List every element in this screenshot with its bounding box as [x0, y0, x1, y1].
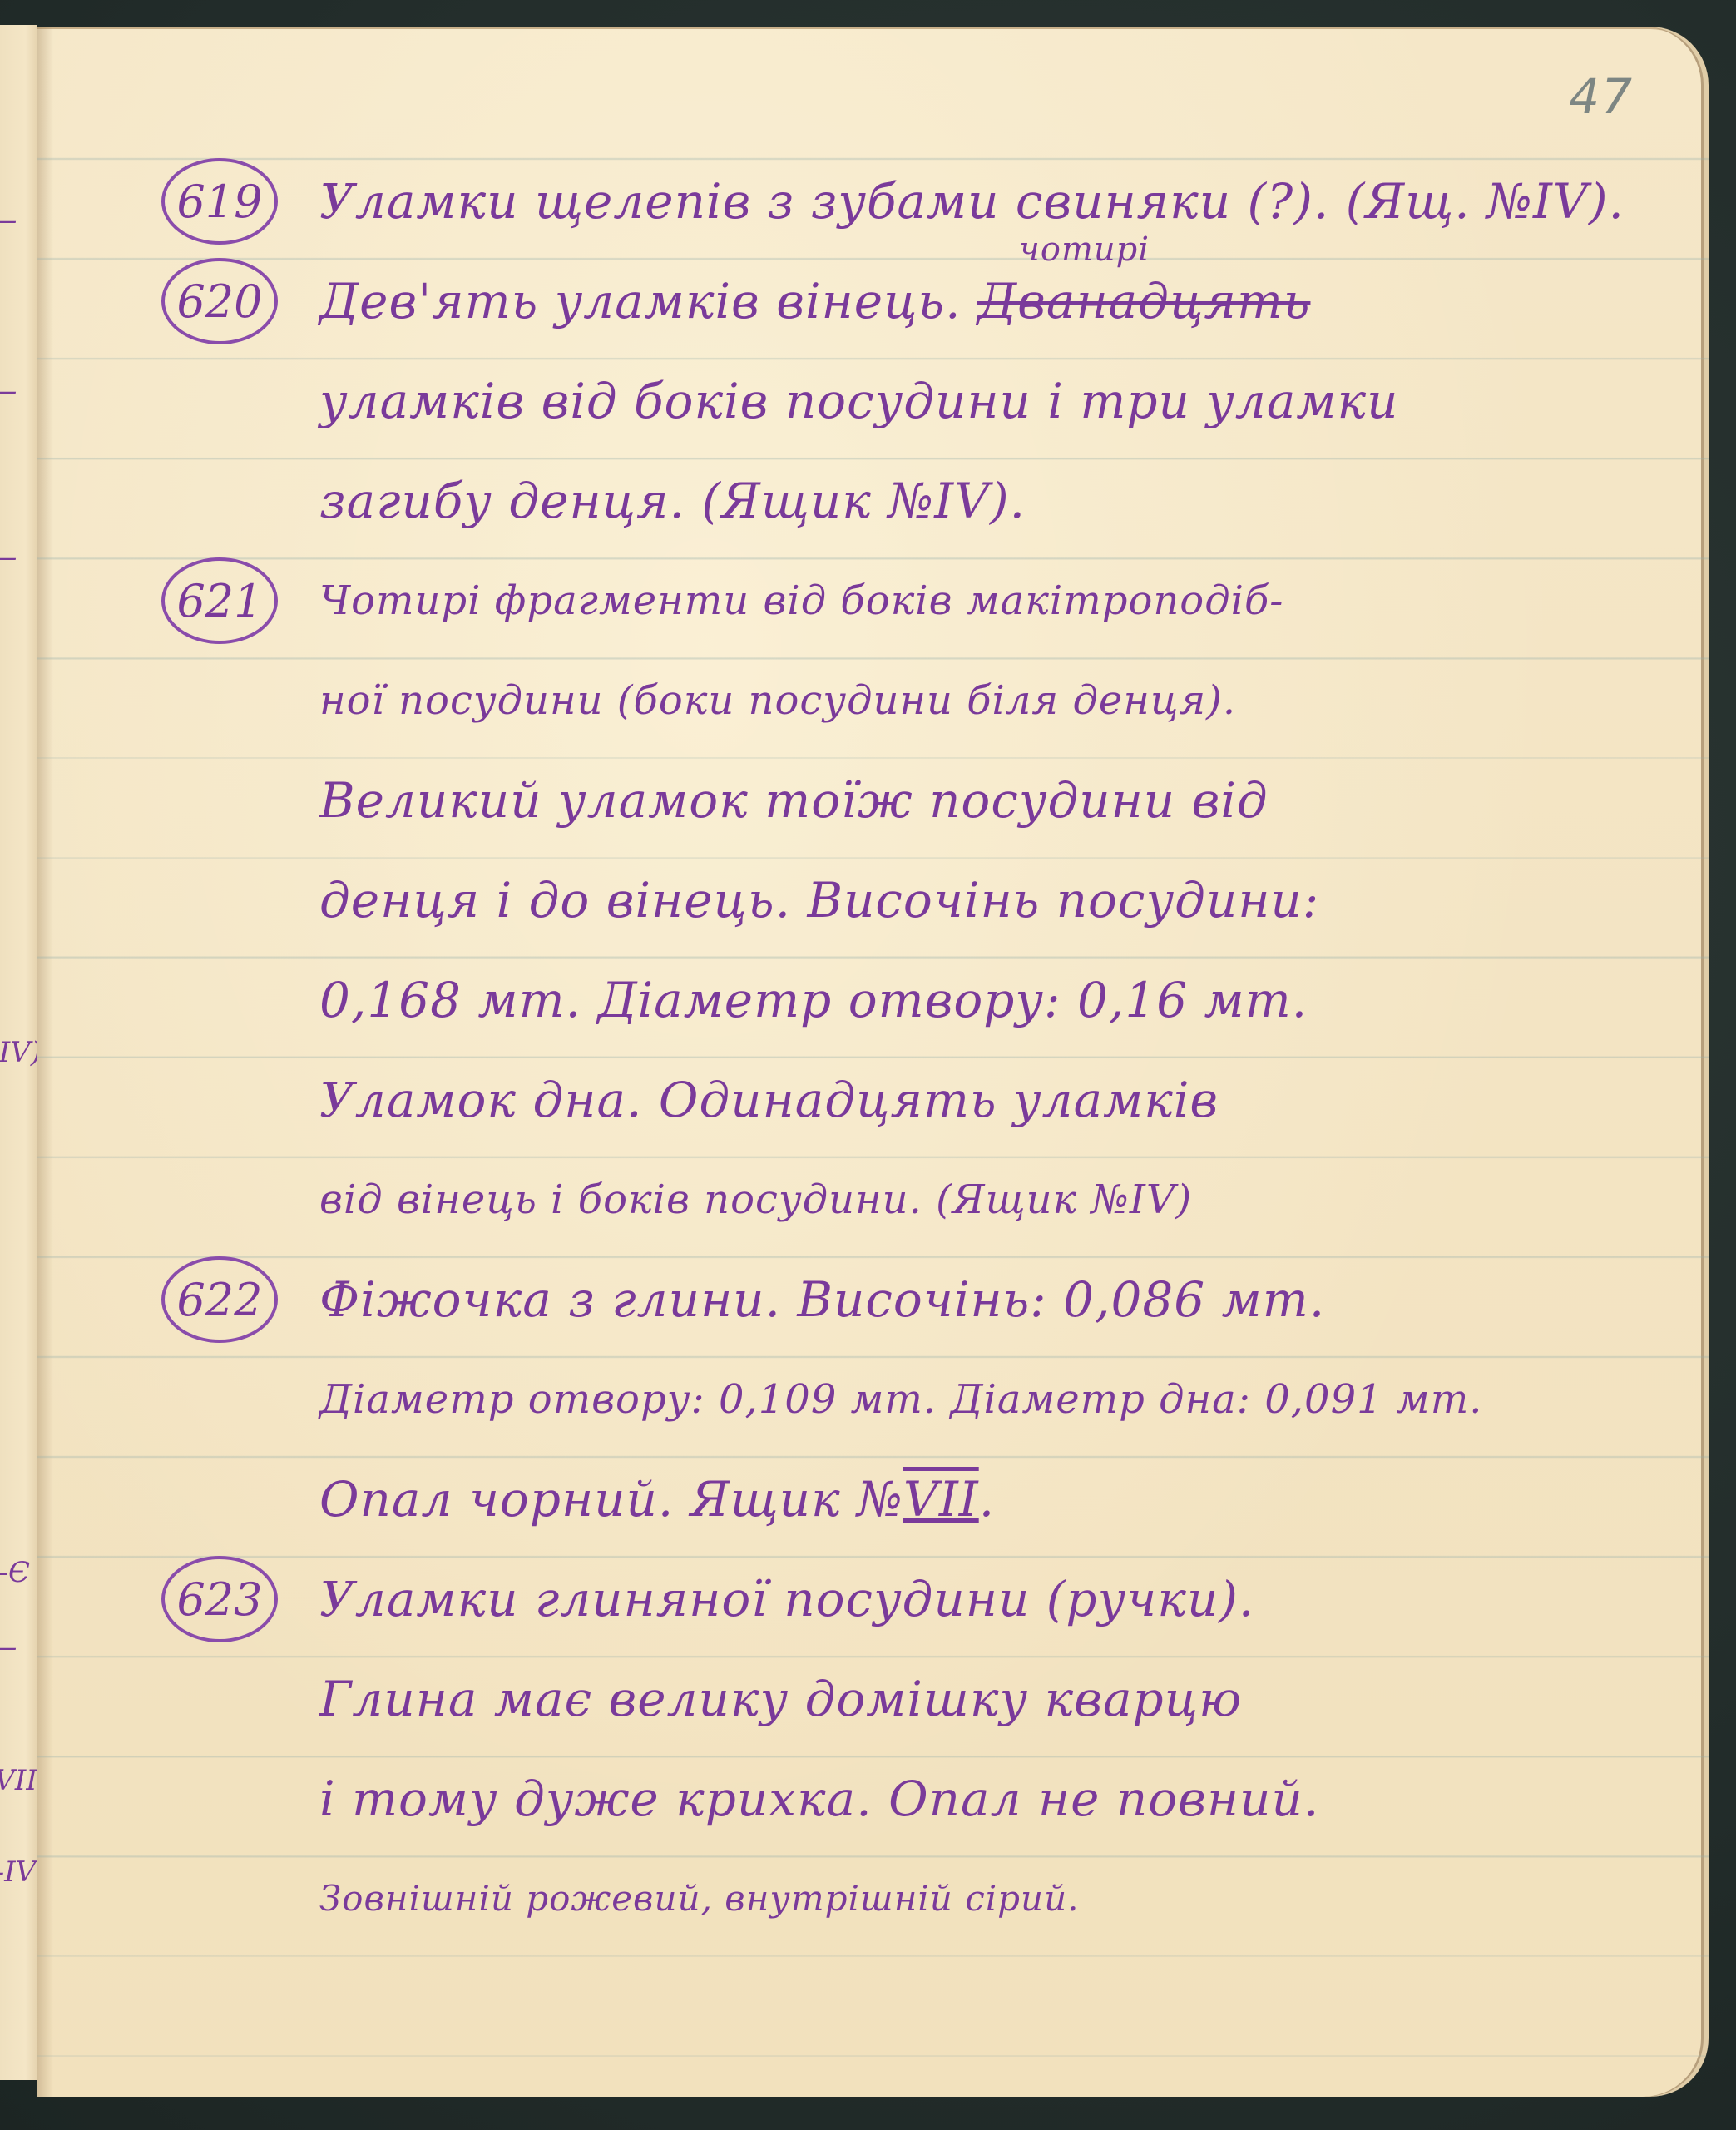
- entry-text-line: Великий уламок тоїж посудини від: [319, 750, 1675, 850]
- previous-page-fragment: —IV: [0, 1855, 36, 1889]
- entry-text-line: і тому дуже крихка. Опал не повний.: [319, 1749, 1675, 1849]
- page-number: 47: [1569, 68, 1634, 125]
- entry-number-circle: 620: [161, 258, 278, 344]
- entry-text-line: Дев'ять уламків вінець. чотиріДванадцять: [319, 251, 1675, 351]
- entry-number-circle: 622: [161, 1256, 278, 1343]
- entry-text-line: Діаметр отвору: 0,109 мт. Діаметр дна: 0…: [319, 1350, 1675, 1449]
- entry-text-line: Уламок дна. Одинадцять уламків: [319, 1050, 1675, 1150]
- entry-text-line: від вінець і боків посудини. (Ящик №IV): [319, 1150, 1675, 1250]
- catalog-entry-621: 621 Чотирі фрагменти від боків макітропо…: [161, 551, 1675, 1250]
- entry-text-line: Опал чорний. Ящик №VII.: [319, 1449, 1675, 1549]
- notebook-page: 47 619 Уламки щелепів з зубами свиняки (…: [37, 27, 1709, 2097]
- text-segment: Опал чорний. Ящик №: [319, 1471, 903, 1528]
- entry-text-line: Уламки глиняної посудини (ручки).: [319, 1549, 1675, 1649]
- entry-number-circle: 623: [161, 1556, 278, 1642]
- previous-page-fragment: —: [0, 374, 17, 408]
- previous-page-edge: ———№IV)—Є—№VIII—IV: [0, 25, 37, 2080]
- catalog-entry-623: 623 Уламки глиняної посудини (ручки). Гл…: [161, 1549, 1675, 1949]
- entry-text-line: загибу денця. (Ящик №IV).: [319, 451, 1675, 551]
- previous-page-fragment: №VIII: [0, 1764, 37, 1797]
- box-roman-numeral: VII: [903, 1471, 979, 1528]
- previous-page-fragment: —: [0, 204, 17, 237]
- text-segment: Дев'ять уламків вінець.: [319, 273, 977, 329]
- struck-text: Дванадцять: [977, 273, 1310, 329]
- entry-text-line: уламків від боків посудини і три уламки: [319, 351, 1675, 451]
- previous-page-fragment: №IV): [0, 1036, 37, 1069]
- catalog-entry-620: 620 Дев'ять уламків вінець. чотиріДванад…: [161, 251, 1675, 551]
- entry-text-line: Зовнішній рожевий, внутрішній сірий.: [319, 1849, 1675, 1949]
- entry-text-line: Глина має велику домішку кварцю: [319, 1649, 1675, 1749]
- previous-page-fragment: —Є: [0, 1556, 30, 1589]
- text-segment: .: [979, 1471, 995, 1528]
- previous-page-fragment: —: [0, 541, 17, 574]
- catalog-entry-619: 619 Уламки щелепів з зубами свиняки (?).…: [161, 151, 1675, 251]
- entry-text-line: 0,168 мт. Діаметр отвору: 0,16 мт.: [319, 950, 1675, 1050]
- entry-text-line: ної посудини (боки посудини біля денця).: [319, 651, 1675, 750]
- catalog-entries: 619 Уламки щелепів з зубами свиняки (?).…: [161, 151, 1675, 1949]
- entry-text-line: денця і до вінець. Височінь посудини:: [319, 850, 1675, 950]
- entry-text-line: Чотирі фрагменти від боків макітроподіб-: [319, 551, 1675, 651]
- catalog-entry-622: 622 Фіжочка з глини. Височінь: 0,086 мт.…: [161, 1250, 1675, 1549]
- entry-number-circle: 621: [161, 557, 278, 644]
- entry-number-circle: 619: [161, 158, 278, 245]
- entry-text-line: Фіжочка з глини. Височінь: 0,086 мт.: [319, 1250, 1675, 1350]
- inserted-correction: чотирі: [1019, 233, 1150, 266]
- previous-page-fragment: —: [0, 1631, 17, 1664]
- struck-out-word: чотиріДванадцять: [977, 273, 1310, 329]
- entry-text-line: Уламки щелепів з зубами свиняки (?). (Ящ…: [319, 151, 1675, 251]
